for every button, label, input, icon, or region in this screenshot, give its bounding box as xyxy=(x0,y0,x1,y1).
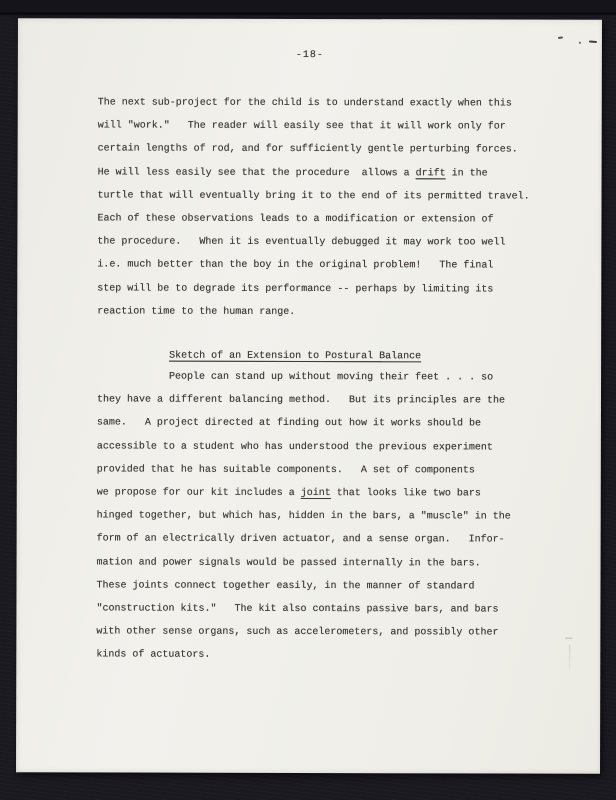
text-line: accessible to a student who has understo… xyxy=(97,435,511,459)
pencil-speck-icon xyxy=(579,42,581,44)
document-page: -18- The next sub-project for the child … xyxy=(16,18,602,774)
text-line: provided that he has suitable components… xyxy=(97,458,511,482)
text-line: we propose for our kit includes a joint … xyxy=(97,481,511,505)
paragraph-1: The next sub-project for the child is to… xyxy=(97,91,530,324)
paragraph-2: People can stand up without moving their… xyxy=(96,365,511,668)
text-line: He will less easily see that the procedu… xyxy=(98,161,530,185)
scratch-mark xyxy=(569,645,570,673)
text-line: they have a different balancing method. … xyxy=(97,389,511,413)
text-line: form of an electrically driven actuator,… xyxy=(97,528,511,552)
text-line: People can stand up without moving their… xyxy=(97,365,511,389)
text-line: "construction kits." The kit also contai… xyxy=(96,597,510,621)
text-line: will "work." The reader will easily see … xyxy=(98,115,530,139)
text-line: Each of these observations leads to a mo… xyxy=(97,207,529,231)
background-seam-line xyxy=(0,12,616,16)
text-line: The next sub-project for the child is to… xyxy=(98,91,530,115)
text-line: reaction time to the human range. xyxy=(97,300,529,324)
underlined-word: joint xyxy=(301,488,331,499)
scratch-mark xyxy=(565,638,572,639)
underlined-word: drift xyxy=(416,168,446,179)
text-line: kinds of actuators. xyxy=(96,644,510,668)
text-line: the procedure. When it is eventually deb… xyxy=(97,231,529,255)
text-line: mation and power signals would be passed… xyxy=(97,551,511,575)
text-line: step will be to degrade its performance … xyxy=(97,277,529,301)
text-line: same. A project directed at finding out … xyxy=(97,412,511,436)
text-line: These joints connect together easily, in… xyxy=(96,574,510,598)
text-line: hinged together, but which has, hidden i… xyxy=(97,505,511,529)
pencil-speck-icon xyxy=(558,36,563,39)
text-line: i.e. much better than the boy in the ori… xyxy=(97,254,529,278)
pencil-speck-icon xyxy=(589,40,597,43)
page-number: -18- xyxy=(18,49,602,62)
text-line: turtle that will eventually bring it to … xyxy=(97,184,529,208)
scan-background: -18- The next sub-project for the child … xyxy=(0,0,616,800)
background-top-strip xyxy=(0,0,616,12)
text-line: certain lengths of rod, and for sufficie… xyxy=(98,138,530,162)
text-line: with other sense organs, such as acceler… xyxy=(96,621,510,645)
